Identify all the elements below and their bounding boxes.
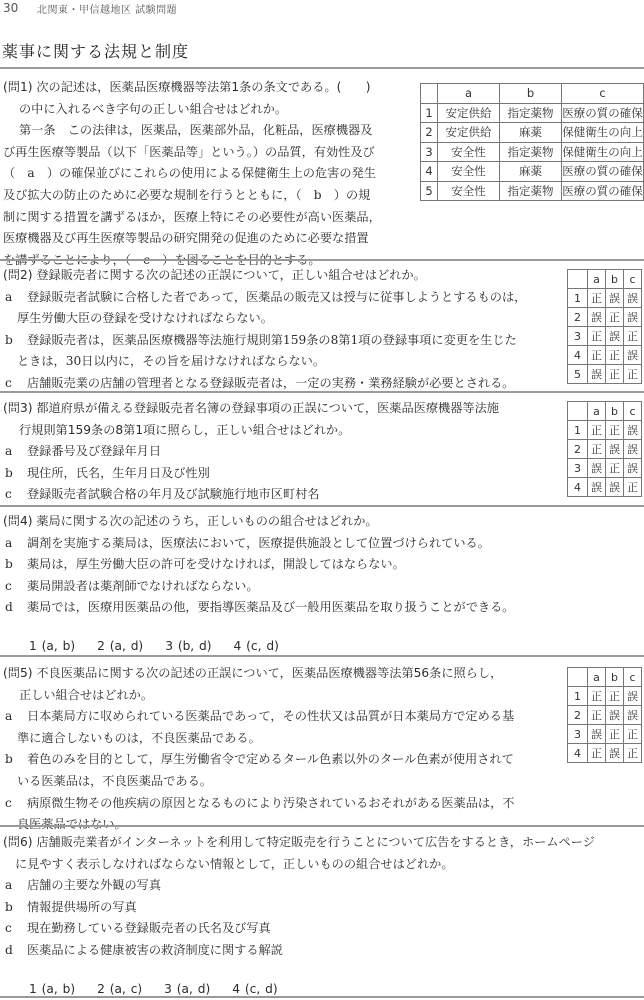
table-row: 3正誤正 bbox=[568, 327, 642, 346]
table-cell: 安全性 bbox=[438, 181, 500, 201]
section-title: 薬事に関する法規と制度 bbox=[2, 39, 189, 62]
table-cell: 安定供給 bbox=[438, 103, 500, 123]
option-text: 準に適合しないものは，不良医薬品である。 bbox=[17, 728, 563, 750]
question-stem: (問3) 都道府県が備える登録販売者名簿の登録事項の正誤について，医薬品医療機器… bbox=[3, 398, 563, 420]
option-d: d薬局では，医療用医薬品の他，要指導医薬品及び一般用医薬品を取り扱うことができる… bbox=[3, 597, 603, 619]
table-row: 2誤正誤 bbox=[568, 308, 642, 327]
statute-text: 及び拡大の防止のために必要な規制を行うとともに，（ b ）の規 bbox=[3, 185, 413, 207]
table-cell: 1 bbox=[568, 421, 588, 440]
option-a: a登録番号及び登録年月日 bbox=[3, 441, 563, 463]
table-cell: 4 bbox=[421, 162, 438, 182]
option-text: 薬局は，厚生労働大臣の許可を受けなければ，開設してはならない。 bbox=[27, 554, 603, 576]
statute-text: 制に関する措置を講ずるほか，医療上特にその必要性が高い医薬品， bbox=[3, 207, 413, 229]
answer-choice: 2 (a, d) bbox=[97, 639, 143, 653]
table-cell: 4 bbox=[568, 744, 588, 763]
option-label: a bbox=[3, 706, 27, 728]
question-4: (問4) 薬局に関する次の記述のうち，正しいものの組合せはどれか。 a調剤を実施… bbox=[3, 511, 603, 658]
table-cell: 正 bbox=[606, 687, 624, 706]
table-row: 2正誤誤 bbox=[568, 440, 642, 459]
table-row: 1安定供給指定薬物医療の質の確保 bbox=[421, 103, 644, 123]
table-cell: 安全性 bbox=[438, 142, 500, 162]
answer-table-q1: abc 1安定供給指定薬物医療の質の確保 2安定供給麻薬保健衛生の向上 3安全性… bbox=[420, 83, 644, 201]
question-stem: (問2) 登録販売者に関する次の記述の正誤について，正しい組合せはどれか。 bbox=[3, 265, 563, 287]
option-text: 情報提供場所の写真 bbox=[27, 897, 643, 919]
table-cell: 誤 bbox=[606, 289, 624, 308]
table-row: 3誤正正 bbox=[568, 725, 642, 744]
table-cell: 4 bbox=[568, 346, 588, 365]
table-cell: 正 bbox=[606, 308, 624, 327]
option-text: 調剤を実施する薬局は，医療法において，医療提供施設として位置づけられている。 bbox=[27, 533, 603, 555]
option-text: 医薬品による健康被害の救済制度に関する解説 bbox=[27, 940, 643, 962]
table-cell: 誤 bbox=[588, 459, 606, 478]
table-header: c bbox=[624, 668, 642, 687]
table-cell: 正 bbox=[624, 744, 642, 763]
table-cell: 指定薬物 bbox=[500, 142, 562, 162]
table-cell: 誤 bbox=[624, 346, 642, 365]
table-cell: 指定薬物 bbox=[500, 103, 562, 123]
question-5: (問5) 不良医薬品に関する次の記述の正誤について，医薬品医療機器等法第56条に… bbox=[3, 663, 563, 836]
table-cell: 正 bbox=[624, 327, 642, 346]
statute-text: 第一条 この法律は，医薬品，医薬部外品，化粧品，医療機器及 bbox=[3, 120, 413, 142]
divider bbox=[0, 67, 644, 69]
table-cell: 5 bbox=[568, 365, 588, 384]
table-cell: 誤 bbox=[588, 725, 606, 744]
table-row: 5誤正正 bbox=[568, 365, 642, 384]
table-cell: 正 bbox=[624, 725, 642, 744]
divider bbox=[0, 505, 644, 507]
table-cell: 3 bbox=[421, 142, 438, 162]
option-a: a店舗の主要な外観の写真 bbox=[3, 875, 643, 897]
table-cell: 正 bbox=[588, 327, 606, 346]
table-header: c bbox=[562, 84, 644, 104]
option-label: c bbox=[3, 484, 27, 506]
option-c: c現在勤務している登録販売者の氏名及び写真 bbox=[3, 918, 643, 940]
table-header: b bbox=[606, 668, 624, 687]
divider bbox=[0, 259, 644, 261]
option-text: 登録販売者試験に合格した者であって，医薬品の販売又は授与に従事しようとするものは… bbox=[27, 287, 563, 309]
option-a: a登録販売者試験に合格した者であって，医薬品の販売又は授与に従事しようとするもの… bbox=[3, 287, 563, 309]
table-cell: 2 bbox=[568, 440, 588, 459]
option-c: c薬局開設者は薬剤師でなければならない。 bbox=[3, 576, 603, 598]
table-header bbox=[421, 84, 438, 104]
option-label: b bbox=[3, 749, 27, 771]
question-stem: に見やすく表示しなければならない情報として，正しいものの組合せはどれか。 bbox=[3, 854, 643, 876]
table-cell: 2 bbox=[568, 308, 588, 327]
option-b: b現住所，氏名，生年月日及び性別 bbox=[3, 463, 563, 485]
option-label: a bbox=[3, 441, 27, 463]
table-header: b bbox=[606, 402, 624, 421]
table-cell: 正 bbox=[588, 440, 606, 459]
table-cell: 4 bbox=[568, 478, 588, 497]
answer-choice: 4 (c, d) bbox=[234, 639, 279, 653]
answer-choice: 4 (c, d) bbox=[232, 982, 277, 996]
table-row: 1正正誤 bbox=[568, 421, 642, 440]
table-header bbox=[568, 402, 588, 421]
question-stem: (問1) 次の記述は，医薬品医療機器等法第1条の条文である。( ) bbox=[3, 77, 413, 99]
table-cell: 3 bbox=[568, 725, 588, 744]
table-cell: 誤 bbox=[624, 687, 642, 706]
table-row: 1正誤誤 bbox=[568, 289, 642, 308]
question-1: (問1) 次の記述は，医薬品医療機器等法第1条の条文である。( ) の中に入れる… bbox=[3, 77, 413, 271]
option-label: b bbox=[3, 463, 27, 485]
table-cell: 誤 bbox=[624, 459, 642, 478]
option-text: 登録番号及び登録年月日 bbox=[27, 441, 563, 463]
option-label: b bbox=[3, 554, 27, 576]
table-header bbox=[568, 668, 588, 687]
option-text: 薬局では，医療用医薬品の他，要指導医薬品及び一般用医薬品を取り扱うことができる。 bbox=[27, 597, 603, 619]
question-2: (問2) 登録販売者に関する次の記述の正誤について，正しい組合せはどれか。 a登… bbox=[3, 265, 563, 395]
option-c: c登録販売者試験合格の年月及び試験施行地市区町村名 bbox=[3, 484, 563, 506]
option-text: 着色のみを目的として，厚生労働省令で定めるタール色素以外のタール色素が使用されて bbox=[27, 749, 563, 771]
page-header: 30 北関東・甲信越地区 試験問題 bbox=[3, 0, 177, 16]
table-row: 2安定供給麻薬保健衛生の向上 bbox=[421, 123, 644, 143]
table-cell: 1 bbox=[421, 103, 438, 123]
question-stem: (問6) 店舗販売業者がインターネットを利用して特定販売を行うことについて広告を… bbox=[3, 832, 643, 854]
table-row: 4誤誤正 bbox=[568, 478, 642, 497]
divider bbox=[0, 825, 644, 827]
option-label: d bbox=[3, 940, 27, 962]
table-cell: 麻薬 bbox=[500, 162, 562, 182]
option-label: d bbox=[3, 597, 27, 619]
option-a: a日本薬局方に収められている医薬品であって，その性状又は品質が日本薬局方で定める… bbox=[3, 706, 563, 728]
divider bbox=[0, 655, 644, 657]
table-row: 4正正誤 bbox=[568, 346, 642, 365]
option-text: 登録販売者は，医薬品医療機器等法施行規則第159条の8第1項の登録事項に変更を生… bbox=[27, 330, 563, 352]
table-row: 1正正誤 bbox=[568, 687, 642, 706]
question-stem: の中に入れるべき字句の正しい組合せはどれか。 bbox=[3, 99, 413, 121]
answer-choice: 3 (b, d) bbox=[165, 639, 211, 653]
answer-choice: 3 (a, d) bbox=[164, 982, 210, 996]
statute-text: び再生医療等製品（以下「医薬品等」という。）の品質，有効性及び bbox=[3, 142, 413, 164]
option-text: 登録販売者試験合格の年月及び試験施行地市区町村名 bbox=[27, 484, 563, 506]
table-header: a bbox=[588, 270, 606, 289]
table-cell: 3 bbox=[568, 459, 588, 478]
option-label: b bbox=[3, 330, 27, 352]
table-cell: 保健衛生の向上 bbox=[562, 142, 644, 162]
option-label: b bbox=[3, 897, 27, 919]
table-cell: 1 bbox=[568, 289, 588, 308]
answer-table-q2: abc 1正誤誤 2誤正誤 3正誤正 4正正誤 5誤正正 bbox=[567, 269, 642, 384]
table-row: 2正誤誤 bbox=[568, 706, 642, 725]
table-cell: 3 bbox=[568, 327, 588, 346]
option-text: 店舗の主要な外観の写真 bbox=[27, 875, 643, 897]
table-row: 3安全性指定薬物保健衛生の向上 bbox=[421, 142, 644, 162]
table-header: b bbox=[606, 270, 624, 289]
option-a: a調剤を実施する薬局は，医療法において，医療提供施設として位置づけられている。 bbox=[3, 533, 603, 555]
table-cell: 誤 bbox=[606, 478, 624, 497]
option-label: c bbox=[3, 793, 27, 815]
option-b-cont: いる医薬品は，不良医薬品である。 bbox=[3, 771, 563, 793]
option-text: 厚生労働大臣の登録を受けなければならない。 bbox=[17, 308, 563, 330]
table-header: a bbox=[438, 84, 500, 104]
table-row: 4安全性麻薬医療の質の確保 bbox=[421, 162, 644, 182]
option-b: b着色のみを目的として，厚生労働省令で定めるタール色素以外のタール色素が使用され… bbox=[3, 749, 563, 771]
answer-choice: 2 (a, c) bbox=[97, 982, 142, 996]
running-title: 北関東・甲信越地区 試験問題 bbox=[37, 1, 177, 16]
answer-table-q3: abc 1正正誤 2正誤誤 3誤正誤 4誤誤正 bbox=[567, 401, 642, 497]
option-label: c bbox=[3, 576, 27, 598]
table-cell: 正 bbox=[606, 421, 624, 440]
table-header bbox=[568, 270, 588, 289]
table-cell: 5 bbox=[421, 181, 438, 201]
option-label: a bbox=[3, 875, 27, 897]
option-text: いる医薬品は，不良医薬品である。 bbox=[17, 771, 563, 793]
table-cell: 指定薬物 bbox=[500, 181, 562, 201]
table-row: 4正誤正 bbox=[568, 744, 642, 763]
option-a-cont: 厚生労働大臣の登録を受けなければならない。 bbox=[3, 308, 563, 330]
question-6: (問6) 店舗販売業者がインターネットを利用して特定販売を行うことについて広告を… bbox=[3, 832, 643, 1000]
table-cell: 正 bbox=[588, 706, 606, 725]
answer-choice: 1 (a, b) bbox=[29, 639, 75, 653]
table-row: 3誤正誤 bbox=[568, 459, 642, 478]
table-cell: 誤 bbox=[606, 440, 624, 459]
option-b-cont: ときは，30日以内に，その旨を届けなければならない。 bbox=[3, 351, 563, 373]
statute-text: 医療機器及び再生医療等製品の研究開発の促進のために必要な措置 bbox=[3, 228, 413, 250]
option-text: 病原微生物その他疾病の原因となるものにより汚染されているおそれがある医薬品は，不 bbox=[27, 793, 563, 815]
answer-choice: 1 (a, b) bbox=[29, 982, 75, 996]
table-header: c bbox=[624, 270, 642, 289]
option-text: 薬局開設者は薬剤師でなければならない。 bbox=[27, 576, 603, 598]
option-label: a bbox=[3, 287, 27, 309]
question-stem: 行規則第159条の8第1項に照らし，正しい組合せはどれか。 bbox=[3, 420, 563, 442]
table-cell: 正 bbox=[606, 725, 624, 744]
table-cell: 医療の質の確保 bbox=[562, 181, 644, 201]
table-cell: 正 bbox=[624, 478, 642, 497]
question-stem: (問4) 薬局に関する次の記述のうち，正しいものの組合せはどれか。 bbox=[3, 511, 603, 533]
table-cell: 安定供給 bbox=[438, 123, 500, 143]
table-cell: 麻薬 bbox=[500, 123, 562, 143]
table-cell: 1 bbox=[568, 687, 588, 706]
table-cell: 医療の質の確保 bbox=[562, 162, 644, 182]
answer-table-q5: abc 1正正誤 2正誤誤 3誤正正 4正誤正 bbox=[567, 667, 642, 763]
statute-text: （ a ）の確保並びにこれらの使用による保健衛生上の危害の発生 bbox=[3, 163, 413, 185]
table-cell: 正 bbox=[588, 346, 606, 365]
page-number: 30 bbox=[3, 1, 37, 15]
table-cell: 正 bbox=[588, 421, 606, 440]
table-header: b bbox=[500, 84, 562, 104]
option-c: c病原微生物その他疾病の原因となるものにより汚染されているおそれがある医薬品は，… bbox=[3, 793, 563, 815]
table-cell: 誤 bbox=[606, 327, 624, 346]
question-stem: (問5) 不良医薬品に関する次の記述の正誤について，医薬品医療機器等法第56条に… bbox=[3, 663, 563, 685]
table-cell: 正 bbox=[588, 687, 606, 706]
table-header: a bbox=[588, 668, 606, 687]
table-cell: 誤 bbox=[606, 744, 624, 763]
option-b: b登録販売者は，医薬品医療機器等法施行規則第159条の8第1項の登録事項に変更を… bbox=[3, 330, 563, 352]
option-b: b情報提供場所の写真 bbox=[3, 897, 643, 919]
option-a-cont: 準に適合しないものは，不良医薬品である。 bbox=[3, 728, 563, 750]
option-label: a bbox=[3, 533, 27, 555]
table-cell: 2 bbox=[568, 706, 588, 725]
option-text: ときは，30日以内に，その旨を届けなければならない。 bbox=[17, 351, 563, 373]
divider bbox=[0, 996, 644, 998]
table-cell: 正 bbox=[588, 289, 606, 308]
table-cell: 正 bbox=[606, 346, 624, 365]
table-cell: 安全性 bbox=[438, 162, 500, 182]
table-cell: 誤 bbox=[624, 289, 642, 308]
table-cell: 誤 bbox=[624, 706, 642, 725]
table-cell: 正 bbox=[588, 744, 606, 763]
table-cell: 誤 bbox=[624, 308, 642, 327]
table-cell: 正 bbox=[606, 459, 624, 478]
table-header: c bbox=[624, 402, 642, 421]
table-cell: 誤 bbox=[588, 308, 606, 327]
table-cell: 正 bbox=[624, 365, 642, 384]
table-cell: 誤 bbox=[588, 478, 606, 497]
table-cell: 正 bbox=[606, 365, 624, 384]
option-text: 現住所，氏名，生年月日及び性別 bbox=[27, 463, 563, 485]
table-header: a bbox=[588, 402, 606, 421]
table-cell: 保健衛生の向上 bbox=[562, 123, 644, 143]
table-cell: 誤 bbox=[624, 421, 642, 440]
divider bbox=[0, 391, 644, 393]
option-label: c bbox=[3, 918, 27, 940]
table-cell: 誤 bbox=[588, 365, 606, 384]
question-3: (問3) 都道府県が備える登録販売者名簿の登録事項の正誤について，医薬品医療機器… bbox=[3, 398, 563, 506]
option-b: b薬局は，厚生労働大臣の許可を受けなければ，開設してはならない。 bbox=[3, 554, 603, 576]
table-row: 5安全性指定薬物医療の質の確保 bbox=[421, 181, 644, 201]
question-stem: 正しい組合せはどれか。 bbox=[3, 685, 563, 707]
option-text: 日本薬局方に収められている医薬品であって，その性状又は品質が日本薬局方で定める基 bbox=[27, 706, 563, 728]
table-cell: 2 bbox=[421, 123, 438, 143]
table-cell: 誤 bbox=[606, 706, 624, 725]
option-d: d医薬品による健康被害の救済制度に関する解説 bbox=[3, 940, 643, 962]
table-cell: 誤 bbox=[624, 440, 642, 459]
option-text: 現在勤務している登録販売者の氏名及び写真 bbox=[27, 918, 643, 940]
table-cell: 医療の質の確保 bbox=[562, 103, 644, 123]
